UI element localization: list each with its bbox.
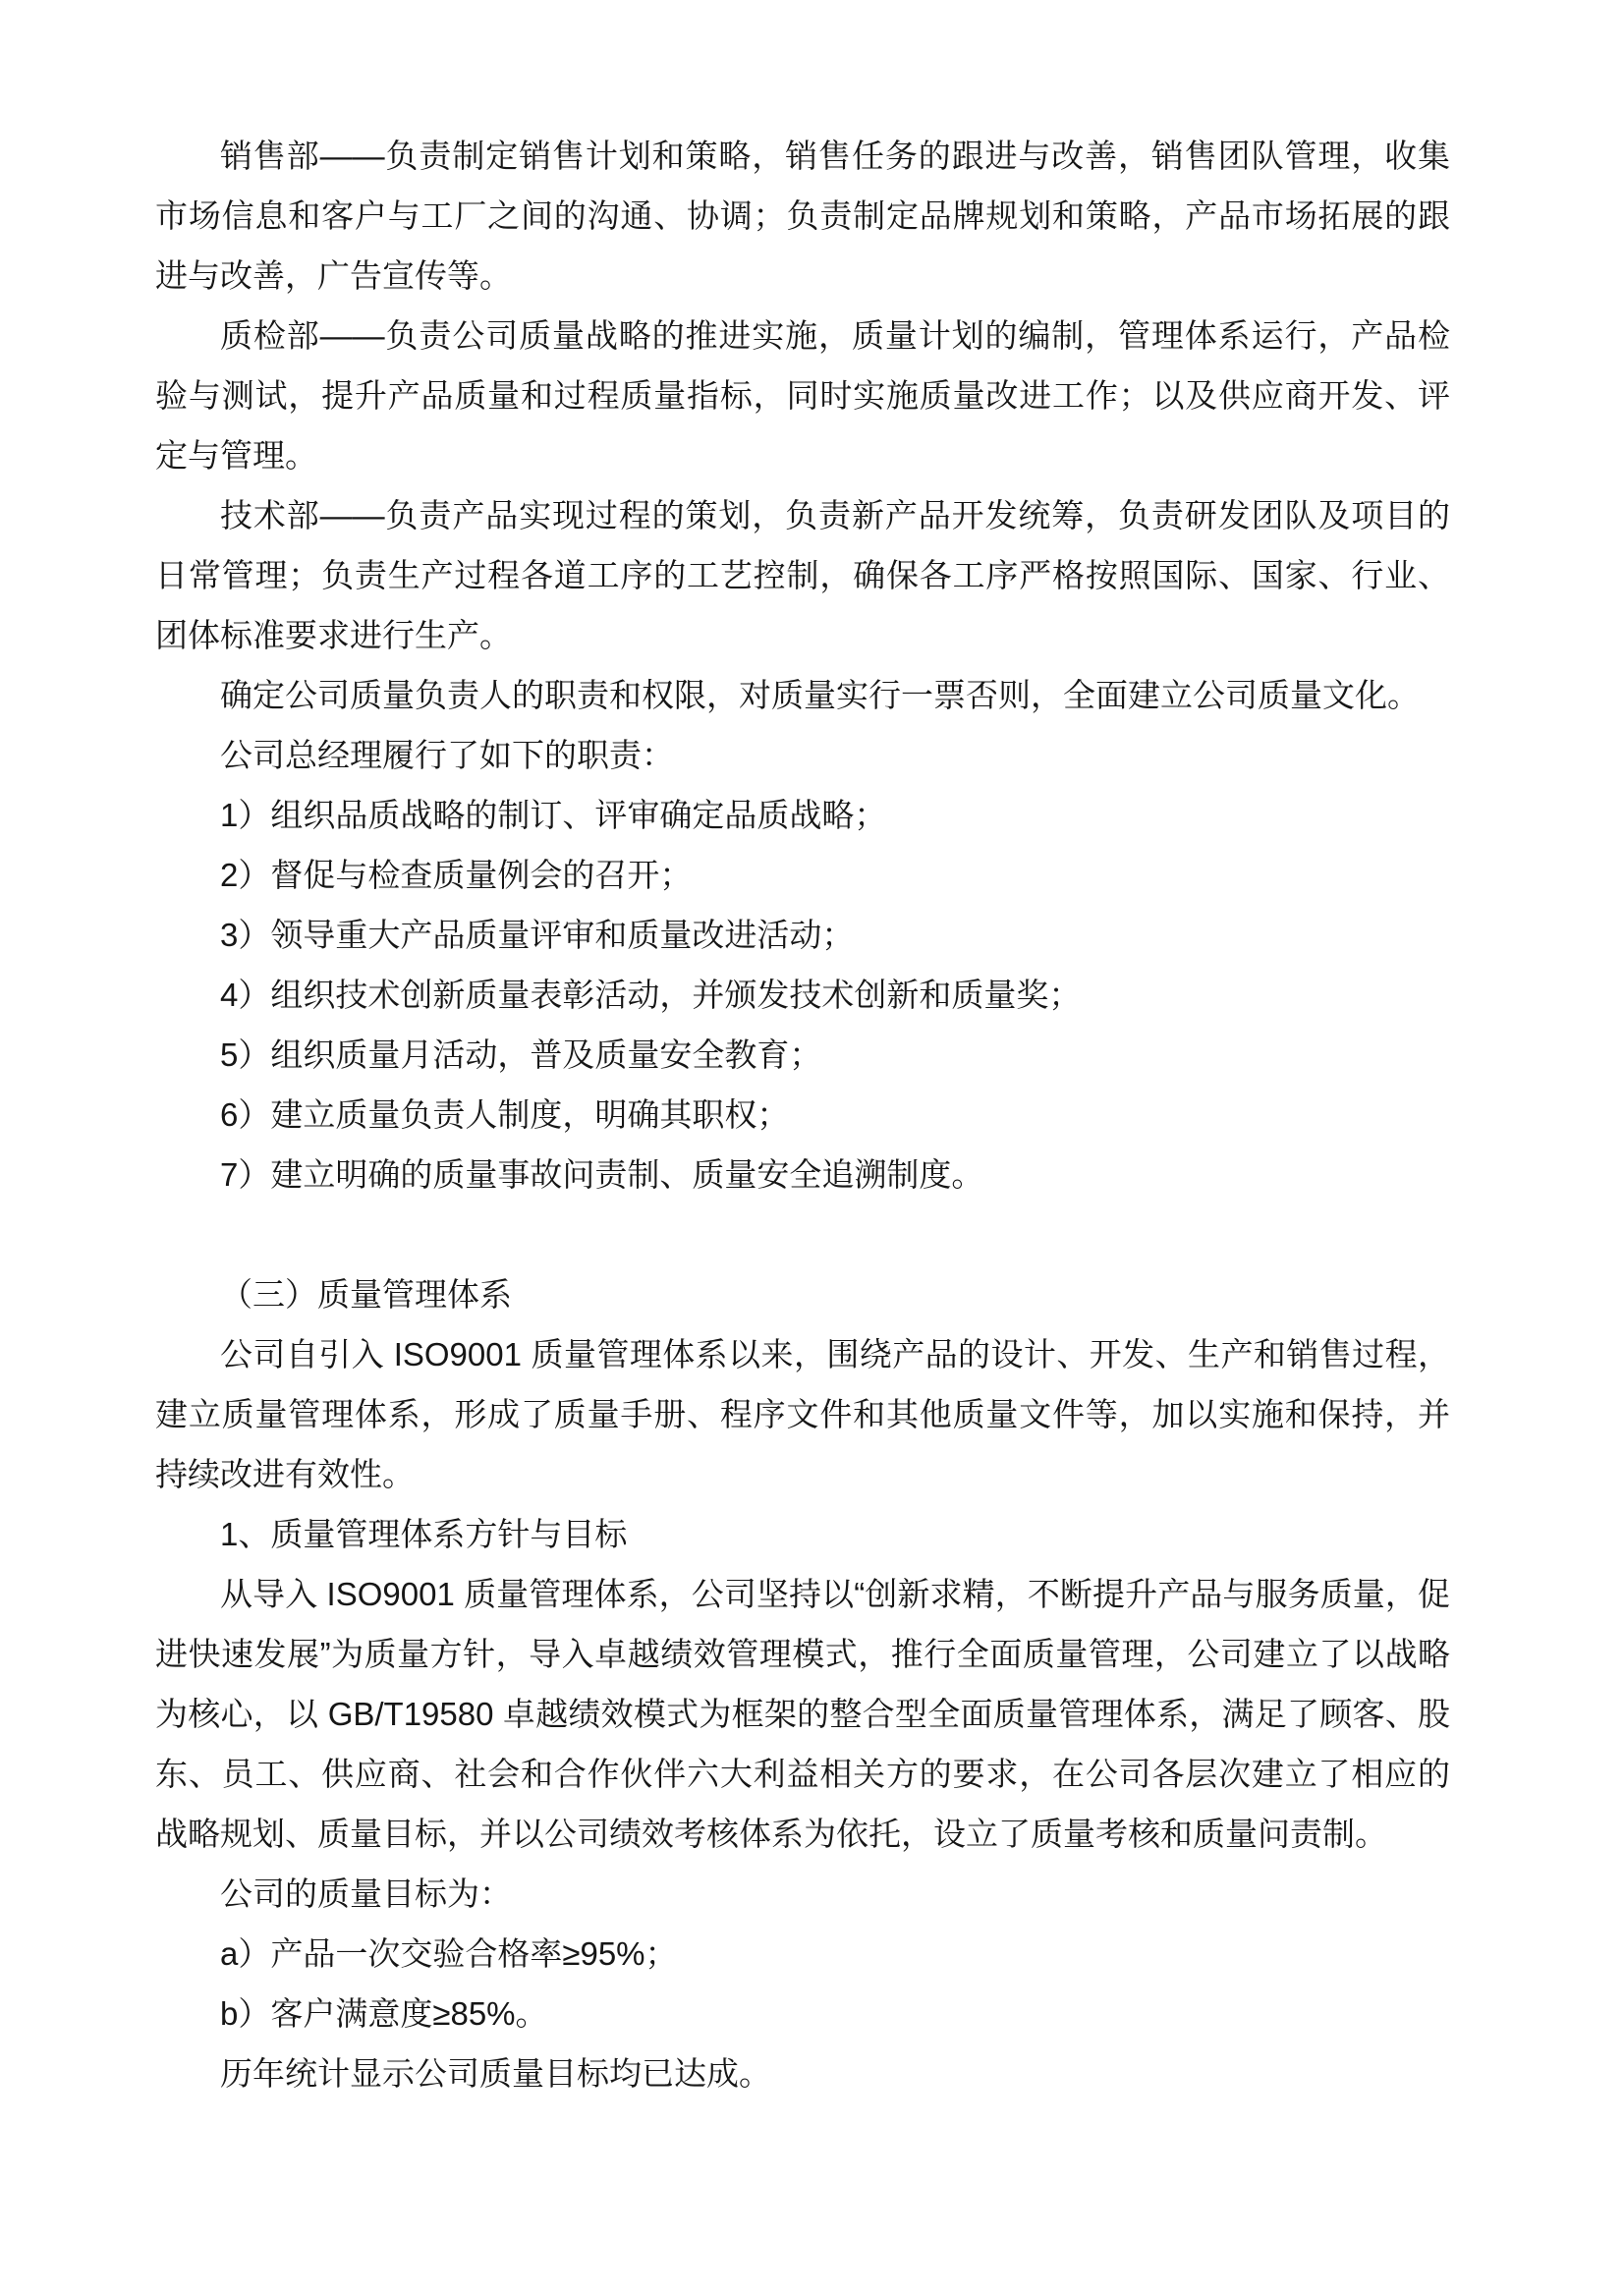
document-content: 销售部——负责制定销售计划和策略，销售任务的跟进与改善，销售团队管理，收集市场信… xyxy=(155,126,1450,2103)
blank-line xyxy=(155,1204,1450,1264)
section-heading: （三）质量管理体系 xyxy=(155,1264,1450,1324)
list-item: 3）领导重大产品质量评审和质量改进活动； xyxy=(155,905,1450,965)
sub-heading: 1、质量管理体系方针与目标 xyxy=(155,1504,1450,1564)
list-item: 4）组织技术创新质量表彰活动，并颁发技术创新和质量奖； xyxy=(155,965,1450,1025)
paragraph: 确定公司质量负责人的职责和权限，对质量实行一票否则，全面建立公司质量文化。 xyxy=(155,665,1450,725)
list-item: 6）建立质量负责人制度，明确其职权； xyxy=(155,1085,1450,1145)
paragraph: 公司的质量目标为： xyxy=(155,1864,1450,1924)
paragraph: 公司自引入 ISO9001 质量管理体系以来，围绕产品的设计、开发、生产和销售过… xyxy=(155,1324,1450,1504)
list-item: 1）组织品质战略的制订、评审确定品质战略； xyxy=(155,785,1450,845)
paragraph: 历年统计显示公司质量目标均已达成。 xyxy=(155,2043,1450,2103)
list-item: 7）建立明确的质量事故问责制、质量安全追溯制度。 xyxy=(155,1145,1450,1204)
paragraph: 公司总经理履行了如下的职责： xyxy=(155,725,1450,785)
paragraph: 销售部——负责制定销售计划和策略，销售任务的跟进与改善，销售团队管理，收集市场信… xyxy=(155,126,1450,306)
list-item: b）客户满意度≥85%。 xyxy=(155,1984,1450,2043)
paragraph: 技术部——负责产品实现过程的策划，负责新产品开发统筹，负责研发团队及项目的日常管… xyxy=(155,485,1450,665)
document-page: 销售部——负责制定销售计划和策略，销售任务的跟进与改善，销售团队管理，收集市场信… xyxy=(0,0,1624,2295)
paragraph: 质检部——负责公司质量战略的推进实施，质量计划的编制，管理体系运行，产品检验与测… xyxy=(155,306,1450,485)
list-item: 2）督促与检查质量例会的召开； xyxy=(155,845,1450,905)
paragraph: 从导入 ISO9001 质量管理体系，公司坚持以“创新求精，不断提升产品与服务质… xyxy=(155,1564,1450,1864)
list-item: 5）组织质量月活动，普及质量安全教育； xyxy=(155,1025,1450,1085)
list-item: a）产品一次交验合格率≥95%； xyxy=(155,1924,1450,1984)
